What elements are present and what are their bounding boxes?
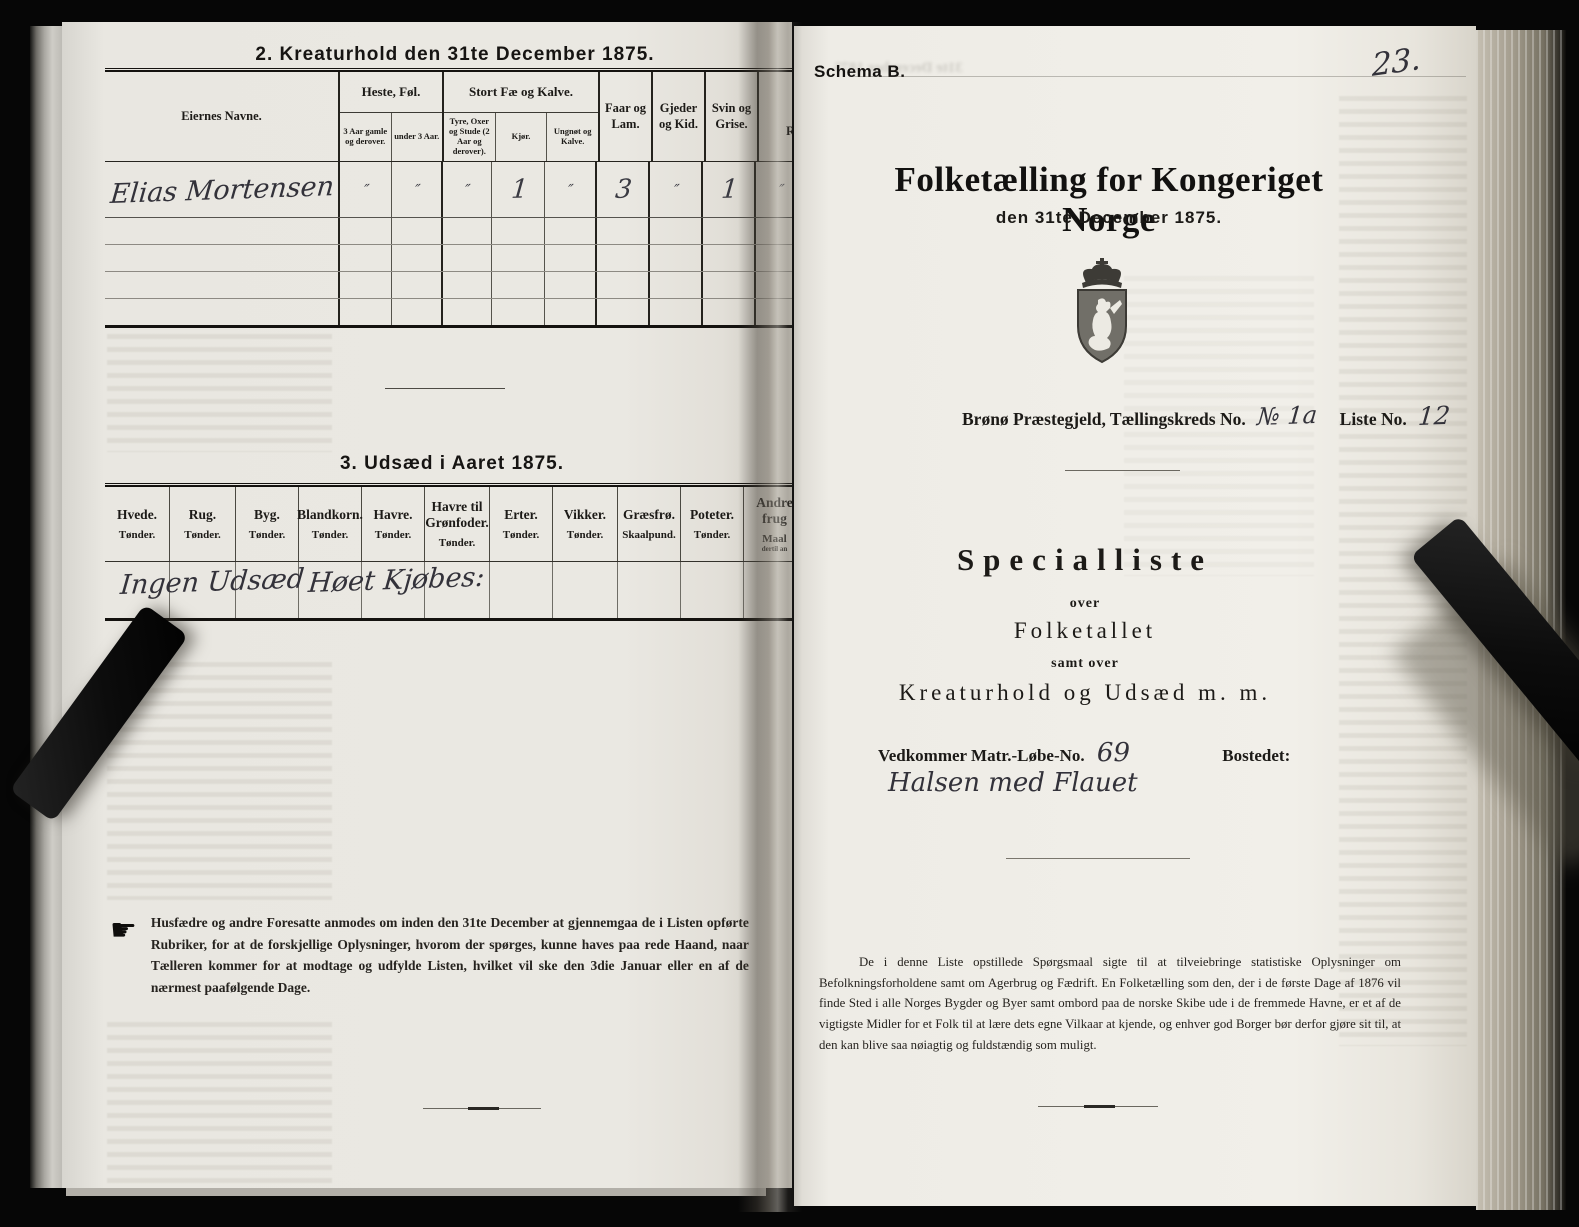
matrikkel-label: Vedkommer Matr.-Løbe-No. (878, 746, 1085, 765)
bosted-label: Bostedet: (1222, 746, 1290, 765)
bleed-text-texture (107, 1022, 332, 1188)
district-line: Brønø Præstegjeld, Tællingskreds No. № 1… (962, 402, 1449, 431)
column-header-faar: Faar og Lam. (600, 72, 653, 161)
left-page: 2. Kreaturhold den 31te December 1875. E… (62, 22, 792, 1188)
handwritten-hoeet-kjoebes: Høet Kjøbes: (307, 562, 486, 599)
section-divider-rule (385, 388, 505, 389)
column-header-havre-groenfoder: Havre til Grønfoder.Tønder. (425, 487, 490, 561)
right-page: 31te December 1875 Schema B. 23. Folketæ… (794, 26, 1476, 1206)
handwritten-ingen-udsaed: Ingen Udsæd (119, 563, 305, 601)
specialliste-folketallet: Folketallet (835, 618, 1335, 644)
handwritten-value: 1 (720, 174, 739, 205)
handwritten-matrikkel-number: 69 (1097, 738, 1130, 768)
empty-table-row (105, 218, 792, 245)
handwritten-liste-number: 12 (1417, 401, 1451, 431)
column-group-stortfae: Stort Fæ og Kalve. Tyre, Oxer og Stude (… (444, 72, 600, 161)
handwritten-bosted-value: Halsen med Flauet (888, 768, 1138, 798)
column-header-eiernes-navne: Eiernes Navne. (105, 72, 340, 161)
notice-block: ☛ Husfædre og andre Foresatte anmodes om… (110, 912, 778, 998)
notice-text: Husfædre og andre Foresatte anmodes om i… (151, 912, 749, 998)
subcolumn-tyre-oxer: Tyre, Oxer og Stude (2 Aar og derover). (444, 113, 496, 161)
handwritten-value: ″ (464, 180, 471, 198)
column-header-hvede: Hvede.Tønder. (105, 487, 170, 561)
bottom-divider-rule (1038, 1106, 1158, 1107)
specialliste-kreaturhold: Kreaturhold og Udsæd m. m. (835, 680, 1335, 706)
subcolumn-heste-3aar: 3 Aar gamle og derover. (340, 113, 392, 161)
column-group-heste: Heste, Føl. 3 Aar gamle og derover. unde… (340, 72, 444, 161)
handwritten-value: ″ (567, 180, 574, 198)
entry-owner-cell: Elias Mortensen (105, 162, 340, 217)
kreaturhold-table-title: 2. Kreaturhold den 31te December 1875. (105, 44, 792, 66)
column-header-rug: Rug.Tønder. (170, 487, 236, 561)
census-book-scan: 2. Kreaturhold den 31te December 1875. E… (0, 0, 1579, 1227)
udsaed-table-title: 3. Udsæd i Aaret 1875. (105, 453, 792, 475)
udsaed-table: Hvede.Tønder. Rug.Tønder. Byg.Tønder. Bl… (105, 483, 792, 621)
subcolumn-heste-under3: under 3 Aar. (392, 113, 443, 161)
short-rule (1065, 470, 1180, 471)
short-rule (1006, 858, 1190, 859)
explanatory-paragraph: De i denne Liste opstillede Spørgsmaal s… (819, 952, 1401, 1056)
pointing-hand-icon: ☛ (110, 916, 137, 998)
column-header-poteter: Poteter.Tønder. (681, 487, 744, 561)
handwritten-value: ″ (414, 180, 421, 198)
column-header-havre: Havre.Tønder. (362, 487, 425, 561)
handwritten-owner-name: Elias Mortensen (109, 171, 335, 210)
census-date: den 31te December 1875. (849, 208, 1369, 228)
empty-table-row (105, 245, 792, 272)
left-page-stack-edge (30, 26, 62, 1188)
empty-table-row (105, 299, 792, 328)
handwritten-value: 1 (510, 174, 529, 205)
subcolumn-ungnoet: Ungnøt og Kalve. (547, 113, 598, 161)
handwritten-value: ″ (673, 180, 680, 198)
specialliste-title: Specialliste (835, 542, 1335, 578)
specialliste-over: over (835, 596, 1335, 612)
district-label: Brønø Præstegjeld, Tællingskreds No. (962, 409, 1246, 430)
liste-label: Liste No. (1340, 409, 1407, 430)
udsaed-entry-row: Ingen Udsæd Høet Kjøbes: (105, 562, 792, 621)
column-header-blandkorn: Blandkorn.Tønder. (299, 487, 362, 561)
bottom-divider-rule (423, 1108, 541, 1109)
column-header-graesfroe: Græsfrø.Skaalpund. (618, 487, 681, 561)
group-label-stortfae: Stort Fæ og Kalve. (444, 72, 598, 113)
group-label-heste: Heste, Føl. (340, 72, 442, 113)
handwritten-kreds-number: № 1a (1256, 401, 1318, 431)
census-title: Folketælling for Kongeriget Norge (849, 160, 1369, 240)
column-header-vikker: Vikker.Tønder. (553, 487, 618, 561)
bleed-rule (854, 76, 1466, 77)
handwritten-value: ″ (363, 180, 370, 198)
column-header-erter: Erter.Tønder. (490, 487, 553, 561)
kreaturhold-header-row: Eiernes Navne. Heste, Føl. 3 Aar gamle o… (105, 71, 792, 162)
subcolumn-kjoer: Kjør. (496, 113, 548, 161)
kreaturhold-entry-row: Elias Mortensen ″ ″ ″ 1 ″ 3 ″ 1 ″ (105, 162, 792, 218)
empty-table-row (105, 272, 792, 299)
matrikkel-line: Vedkommer Matr.-Løbe-No. 69 Bostedet: Ha… (878, 738, 1476, 798)
handwritten-value: 3 (614, 174, 633, 205)
norway-coat-of-arms-icon (1064, 256, 1140, 373)
handwritten-page-number: 23. (1372, 41, 1421, 84)
bleed-text-texture (107, 334, 332, 452)
specialliste-samt-over: samt over (835, 656, 1335, 672)
udsaed-header-row: Hvede.Tønder. Rug.Tønder. Byg.Tønder. Bl… (105, 486, 792, 562)
kreaturhold-table: Eiernes Navne. Heste, Føl. 3 Aar gamle o… (105, 68, 792, 328)
column-header-gjeder: Gjeder og Kid. (653, 72, 706, 161)
column-header-byg: Byg.Tønder. (236, 487, 299, 561)
book-gutter-shadow (738, 22, 802, 1212)
schema-label: Schema B. (814, 62, 905, 82)
